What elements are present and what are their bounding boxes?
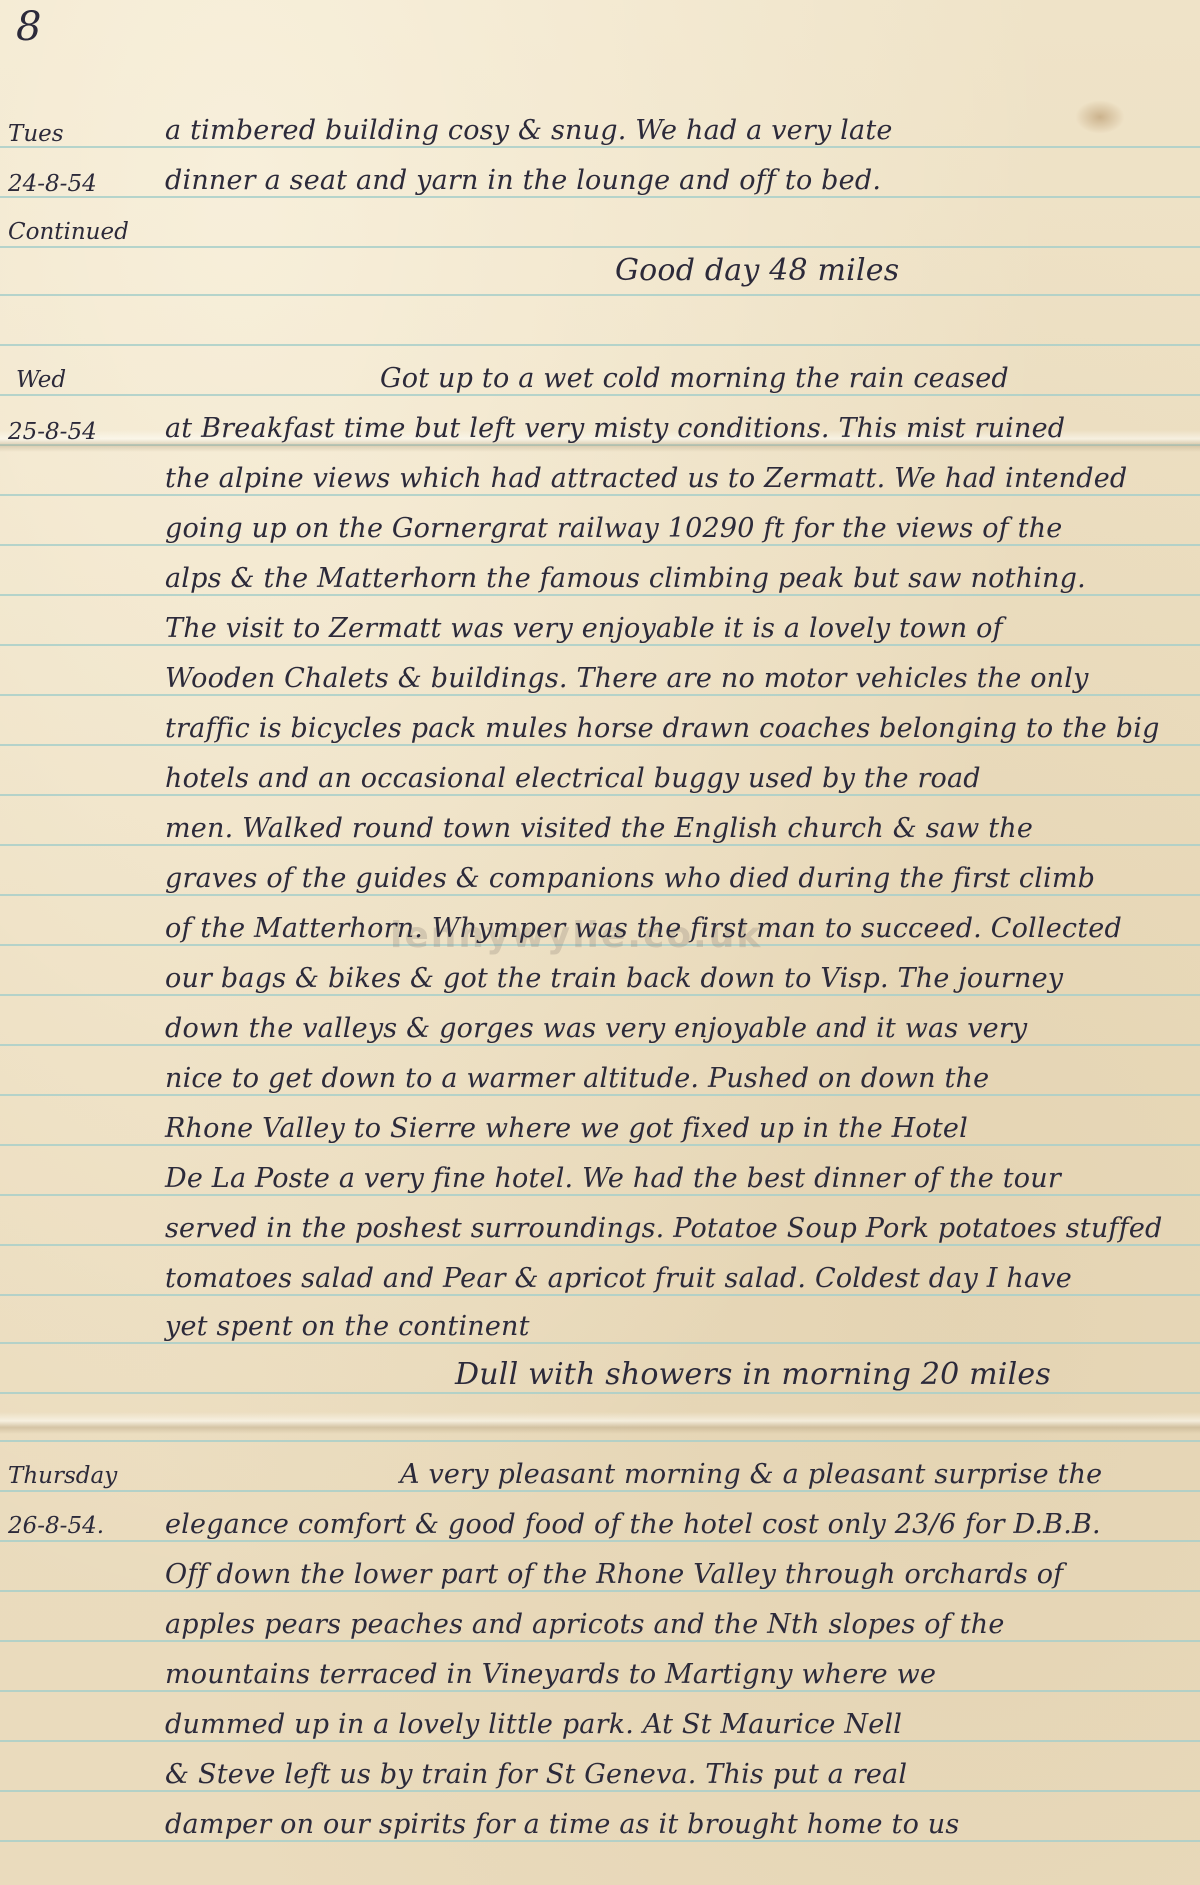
diary-line: going up on the Gornergrat railway 10290… xyxy=(165,514,1200,544)
ruled-line xyxy=(0,394,1200,396)
paper-fold xyxy=(0,1412,1200,1434)
entry-note: Continued xyxy=(8,218,158,246)
page-number: 8 xyxy=(16,4,41,50)
ruled-line xyxy=(0,1490,1200,1492)
diary-line: dummed up in a lovely little park. At St… xyxy=(165,1710,1200,1740)
diary-line: De La Poste a very fine hotel. We had th… xyxy=(165,1164,1200,1194)
diary-line: A very pleasant morning & a pleasant sur… xyxy=(400,1460,1200,1490)
ruled-line xyxy=(0,1740,1200,1742)
ruled-line xyxy=(0,1690,1200,1692)
ruled-line xyxy=(0,844,1200,846)
diary-line: hotels and an occasional electrical bugg… xyxy=(165,764,1200,794)
diary-line: tomatoes salad and Pear & apricot fruit … xyxy=(165,1264,1200,1294)
diary-line: nice to get down to a warmer altitude. P… xyxy=(165,1064,1200,1094)
diary-line: dinner a seat and yarn in the lounge and… xyxy=(165,166,1200,196)
ruled-line xyxy=(0,1044,1200,1046)
entry-date: 24-8-54 xyxy=(8,170,158,198)
ruled-line xyxy=(0,1294,1200,1296)
ruled-line xyxy=(0,344,1200,346)
diary-line: alps & the Matterhorn the famous climbin… xyxy=(165,564,1200,594)
ruled-line xyxy=(0,494,1200,496)
diary-line: served in the poshest surroundings. Pota… xyxy=(165,1214,1200,1244)
ruled-line xyxy=(0,1590,1200,1592)
day-summary: Dull with showers in morning 20 miles xyxy=(455,1360,1200,1390)
diary-line: a timbered building cosy & snug. We had … xyxy=(165,116,1200,146)
ruled-line xyxy=(0,1392,1200,1394)
ruled-line xyxy=(0,894,1200,896)
ruled-line xyxy=(0,644,1200,646)
diary-line: elegance comfort & good food of the hote… xyxy=(165,1510,1200,1540)
diary-line: men. Walked round town visited the Engli… xyxy=(165,814,1200,844)
diary-line: & Steve left us by train for St Geneva. … xyxy=(165,1760,1200,1790)
ruled-line xyxy=(0,1540,1200,1542)
ruled-line xyxy=(0,294,1200,296)
diary-line: damper on our spirits for a time as it b… xyxy=(165,1810,1200,1840)
diary-line: mountains terraced in Vineyards to Marti… xyxy=(165,1660,1200,1690)
diary-line: the alpine views which had attracted us … xyxy=(165,464,1200,494)
ruled-line xyxy=(0,1840,1200,1842)
ruled-line xyxy=(0,146,1200,148)
diary-line: at Breakfast time but left very misty co… xyxy=(165,414,1200,444)
ruled-line xyxy=(0,1342,1200,1344)
diary-line: traffic is bicycles pack mules horse dra… xyxy=(165,714,1200,744)
diary-line: yet spent on the continent xyxy=(165,1312,1200,1342)
ruled-line xyxy=(0,1144,1200,1146)
ruled-line xyxy=(0,1094,1200,1096)
entry-day: Wed xyxy=(16,366,166,394)
ruled-line xyxy=(0,1640,1200,1642)
diary-line: graves of the guides & companions who di… xyxy=(165,864,1200,894)
day-summary: Good day 48 miles xyxy=(615,256,1200,286)
entry-day: Thursday xyxy=(8,1462,158,1490)
diary-line: Rhone Valley to Sierre where we got fixe… xyxy=(165,1114,1200,1144)
ruled-line xyxy=(0,246,1200,248)
ruled-line xyxy=(0,994,1200,996)
ruled-line xyxy=(0,694,1200,696)
ruled-line xyxy=(0,594,1200,596)
ruled-line xyxy=(0,196,1200,198)
diary-line: The visit to Zermatt was very enjoyable … xyxy=(165,614,1200,644)
entry-date: 25-8-54 xyxy=(8,418,158,446)
entry-day: Tues xyxy=(8,120,158,148)
ruled-line xyxy=(0,1440,1200,1442)
diary-line: Off down the lower part of the Rhone Val… xyxy=(165,1560,1200,1590)
diary-line: apples pears peaches and apricots and th… xyxy=(165,1610,1200,1640)
diary-line: of the Matterhorn. Whymper was the first… xyxy=(165,914,1200,944)
entry-date: 26-8-54. xyxy=(8,1512,158,1540)
ruled-line xyxy=(0,544,1200,546)
ruled-line xyxy=(0,1790,1200,1792)
ruled-line xyxy=(0,1194,1200,1196)
diary-page: lennywylie.co.uk 8 Tues 24-8-54 Continue… xyxy=(0,0,1200,1885)
ruled-line xyxy=(0,794,1200,796)
diary-line: Got up to a wet cold morning the rain ce… xyxy=(380,364,1200,394)
diary-line: our bags & bikes & got the train back do… xyxy=(165,964,1200,994)
diary-line: down the valleys & gorges was very enjoy… xyxy=(165,1014,1200,1044)
ruled-line xyxy=(0,1244,1200,1246)
ruled-line xyxy=(0,744,1200,746)
diary-line: Wooden Chalets & buildings. There are no… xyxy=(165,664,1200,694)
